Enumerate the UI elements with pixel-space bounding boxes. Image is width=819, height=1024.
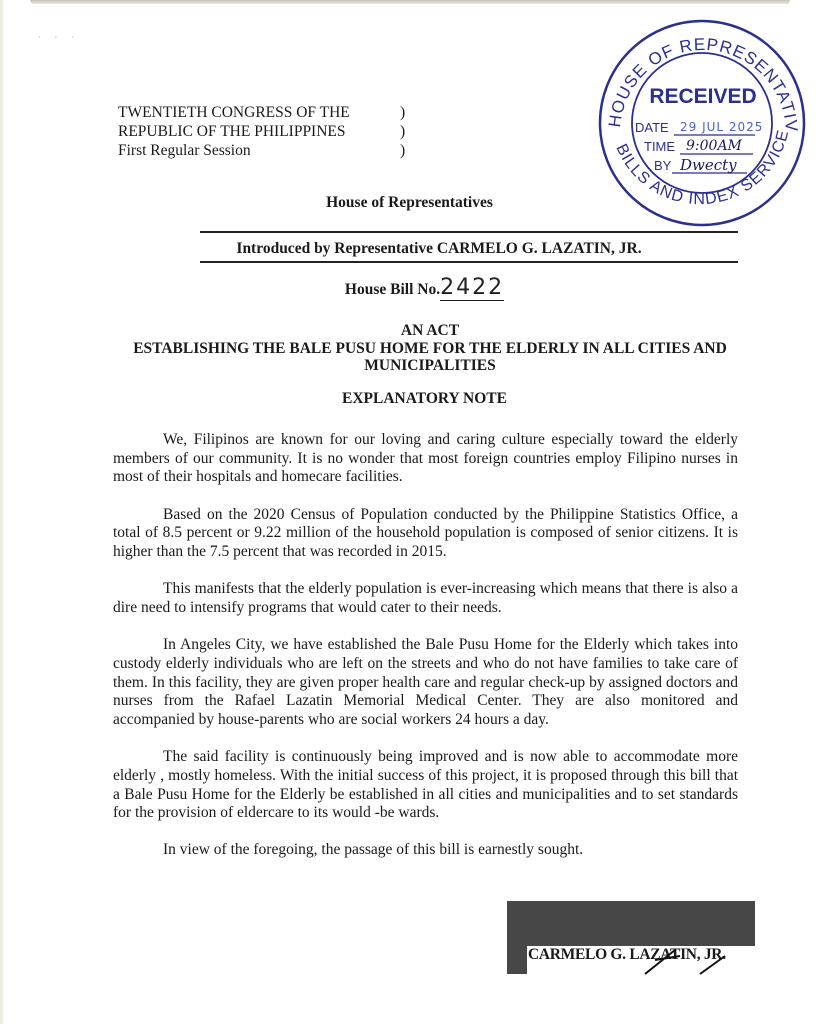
paragraph: In Angeles City, we have established the…	[113, 636, 738, 730]
stamp-status: RECEIVED	[649, 85, 756, 108]
paragraph: The said facility is continuously being …	[113, 748, 738, 823]
svg-text:HOUSE OF REPRESENTATIVES: HOUSE OF REPRESENTATIVES	[590, 15, 801, 133]
scan-specks: · · ·	[38, 33, 80, 42]
chamber-heading: House of Representatives	[0, 194, 819, 212]
congress-line: First Regular Session	[118, 141, 400, 160]
paren: )	[400, 103, 410, 122]
stamp-time-value: 9:00AM	[686, 138, 743, 154]
scan-edge-left	[0, 0, 3, 1024]
stamp-time-label: TIME	[644, 139, 675, 154]
paragraph: We, Filipinos are known for our loving a…	[113, 431, 738, 487]
stamp-ring-top: HOUSE OF REPRESENTATIVES	[590, 15, 801, 133]
act-title-line: ESTABLISHING THE BALE PUSU HOME FOR THE …	[100, 340, 760, 358]
divider-bottom	[200, 261, 738, 263]
act-title-line: AN ACT	[100, 322, 760, 340]
explanatory-note-body: We, Filipinos are known for our loving a…	[113, 431, 738, 879]
act-title: AN ACT ESTABLISHING THE BALE PUSU HOME F…	[100, 322, 760, 375]
stamp-by-label: BY	[654, 158, 672, 173]
paren: )	[400, 141, 410, 160]
signature-redaction-tail	[507, 940, 527, 974]
act-title-line: MUNICIPALITIES	[100, 357, 760, 375]
congress-line: TWENTIETH CONGRESS OF THE	[118, 103, 400, 122]
paragraph: In view of the foregoing, the passage of…	[113, 841, 738, 860]
bill-label: House Bill No.	[345, 281, 440, 298]
stamp-date-label: DATE	[635, 120, 669, 135]
congress-block: TWENTIETH CONGRESS OF THE) REPUBLIC OF T…	[118, 103, 410, 160]
introduced-by: Introduced by Representative CARMELO G. …	[200, 240, 738, 258]
stamp-date-value: 29 JUL 2025	[680, 120, 763, 134]
explanatory-note-heading: EXPLANATORY NOTE	[0, 390, 819, 408]
paren: )	[400, 122, 410, 141]
divider-top	[200, 231, 738, 233]
paragraph: This manifests that the elderly populati…	[113, 580, 738, 617]
bill-number: 2422	[440, 275, 504, 301]
bill-number-line: House Bill No.2422	[0, 275, 819, 300]
signature-stroke	[640, 938, 750, 978]
congress-line: REPUBLIC OF THE PHILIPPINES	[118, 122, 400, 141]
scan-edge-top	[30, 0, 790, 4]
stamp-by-value: Dwecty	[679, 156, 737, 174]
paragraph: Based on the 2020 Census of Population c…	[113, 506, 738, 562]
